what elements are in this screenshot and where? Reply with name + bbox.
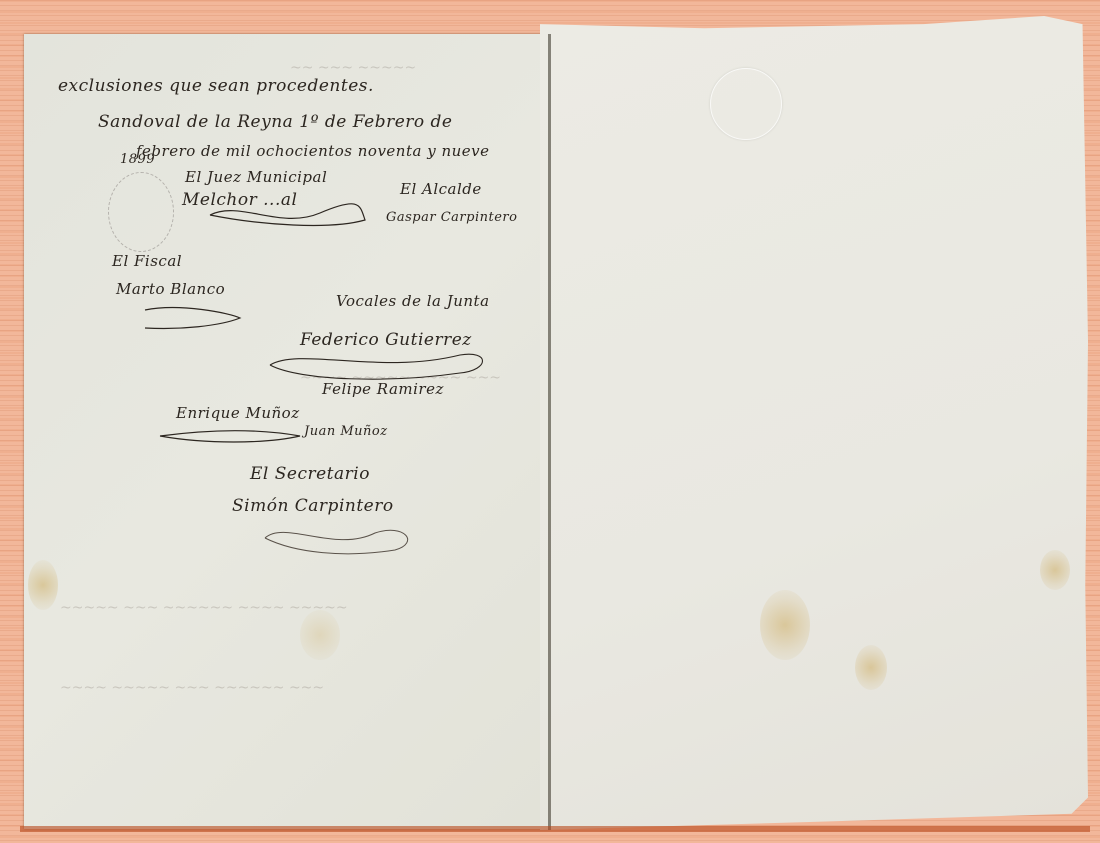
signature-title: El Juez Municipal (185, 168, 327, 186)
signature-flourish (260, 345, 500, 385)
text-line-2: Sandoval de la Reyna 1º de Febrero de (98, 112, 452, 132)
bleed-through-text: ~~ ~~~ ~~~~~ (290, 60, 416, 76)
municipal-seal-stamp (108, 172, 174, 252)
signature-flourish (155, 418, 305, 448)
signature-title: El Secretario (250, 464, 370, 484)
text-line-3: febrero de mil ochocientos noventa y nue… (136, 142, 490, 160)
right-page (540, 16, 1088, 830)
signature-flourish (140, 298, 250, 338)
bleed-through-text: ~~~~~ ~~~ ~~~~~~ ~~~~ ~~~~~ (60, 600, 348, 616)
signature-title: Vocales de la Junta (336, 292, 490, 310)
stain (855, 645, 887, 690)
signature-name: Juan Muñoz (304, 424, 388, 439)
stain (1040, 550, 1070, 590)
signature-name: Gaspar Carpintero (386, 210, 517, 225)
signature-name: Simón Carpintero (232, 496, 394, 516)
bleed-through-text: ~~~~ ~~~~~ ~~~ ~~~~~~ ~~~ (60, 680, 324, 696)
signature-flourish (200, 195, 370, 235)
stain (28, 560, 58, 610)
embossed-seal (710, 68, 782, 140)
paper-bottom-edge (20, 826, 1090, 832)
signature-title: El Alcalde (400, 180, 482, 198)
stain (300, 610, 340, 660)
text-line-1: exclusiones que sean procedentes. (58, 76, 374, 96)
text-line-date: 1899 (120, 152, 155, 167)
signature-flourish (255, 518, 425, 558)
stain (760, 590, 810, 660)
page-fold (548, 34, 551, 830)
signature-title: El Fiscal (112, 252, 182, 270)
signature-name: Marto Blanco (116, 280, 225, 298)
